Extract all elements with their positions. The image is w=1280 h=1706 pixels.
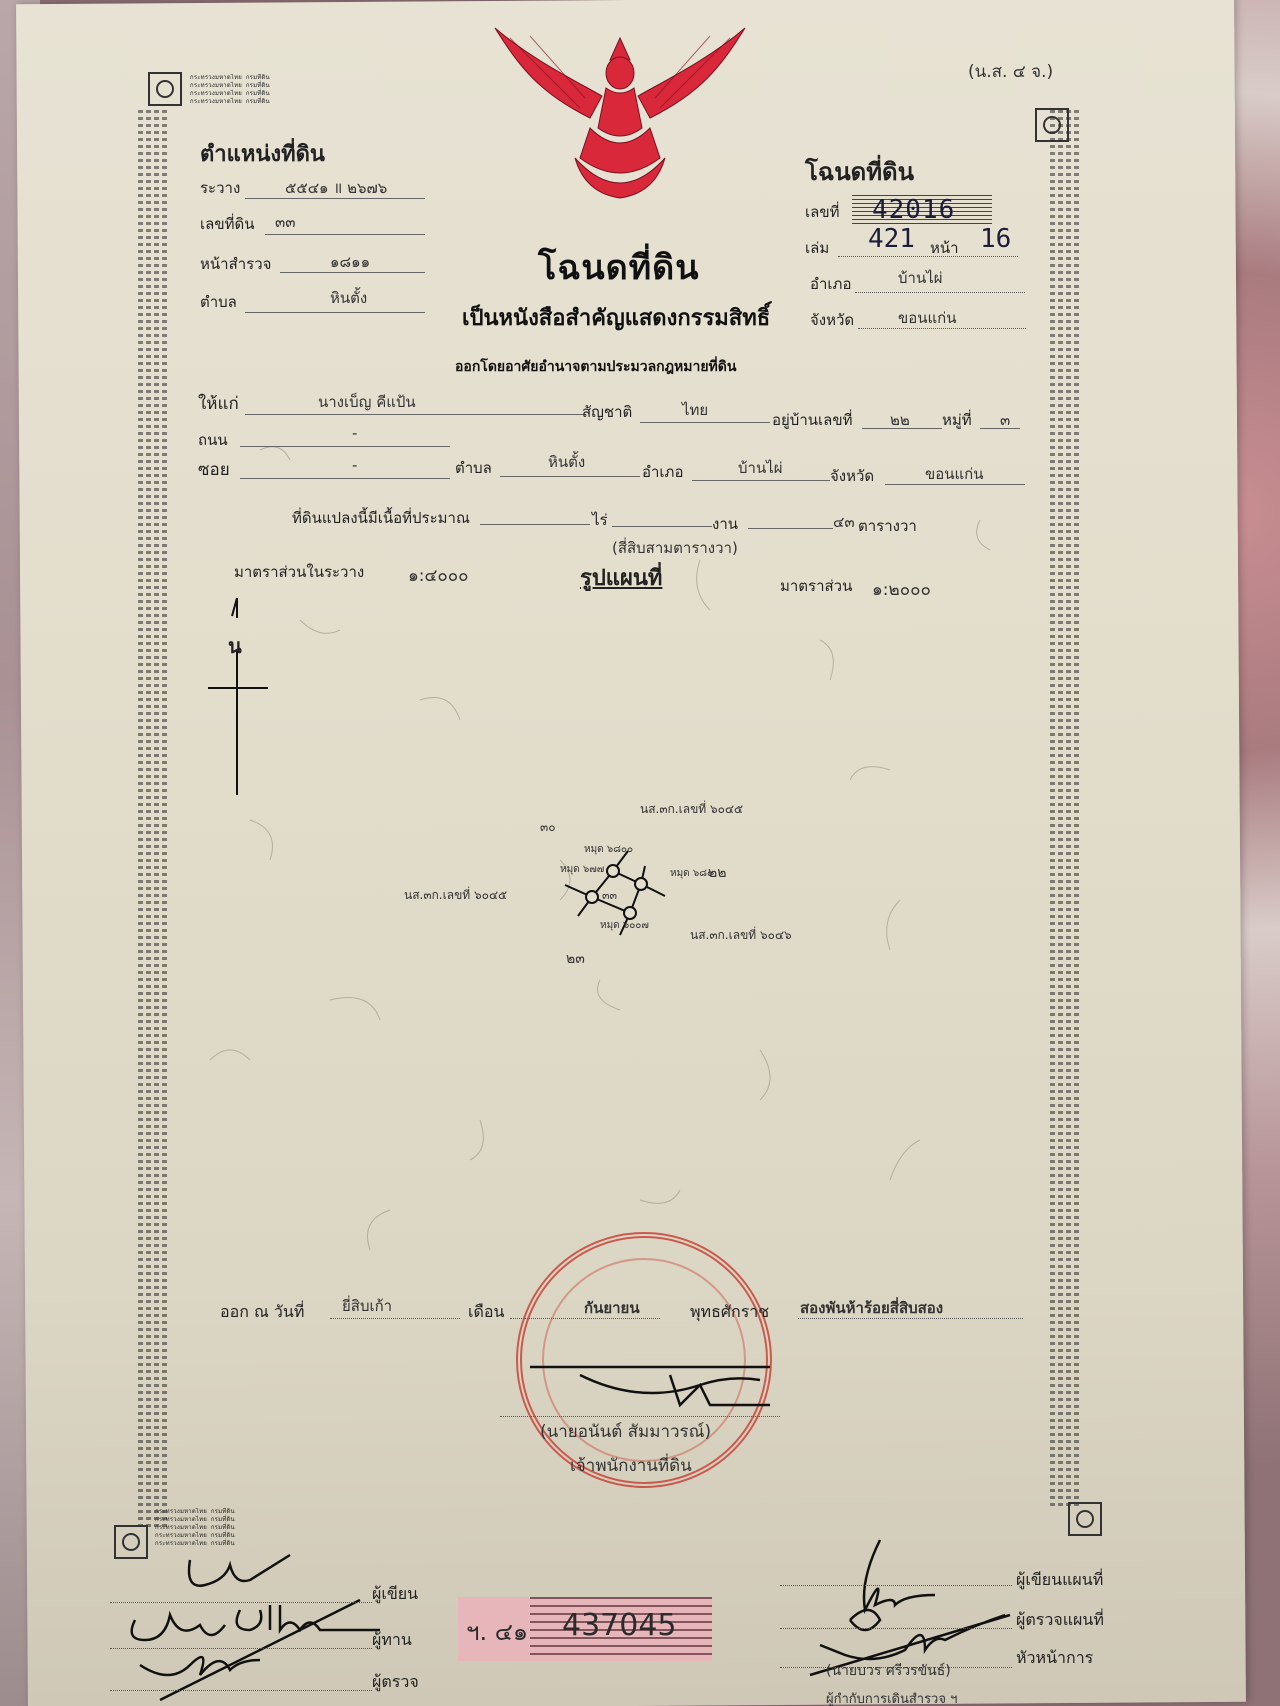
form-code: (น.ส. ๔ จ.): [968, 58, 1053, 85]
map-label-30: ๓๐: [540, 818, 556, 837]
corner-ornament-icon: [1035, 108, 1069, 142]
district-value: บ้านไผ่: [898, 266, 943, 290]
corner-ornament-icon: [1068, 1502, 1102, 1536]
sheet-value: ๕๕๔๑ ॥ ๒๖๗๖: [285, 176, 387, 200]
map-scale-label: มาตราส่วน: [780, 574, 852, 598]
soi-value: -: [352, 456, 357, 474]
area-label: ที่ดินแปลงนี้มีเนื้อที่ประมาณ: [292, 506, 470, 530]
map-label-peg-3: หมุด ๖๘๐: [670, 866, 713, 881]
serial-prefix: ฯ. ๔๑: [466, 1612, 528, 1651]
owner-district-label: อำเภอ: [642, 460, 683, 484]
chief-title: ผู้กำกับการเดินสำรวจ ฯ: [826, 1688, 957, 1706]
land-location-heading: ตำแหน่งที่ดิน: [200, 136, 325, 171]
issue-day: ยี่สิบเก้า: [342, 1294, 392, 1318]
subdistrict-value: หินตั้ง: [330, 286, 367, 310]
left-signatures: [120, 1550, 390, 1706]
issued-by-law: ออกโดยอาศัยอำนาจตามประมวลกฎหมายที่ดิน: [455, 356, 736, 378]
province-label: จังหวัด: [810, 308, 854, 332]
moo-label: หมู่ที่: [942, 408, 972, 432]
land-officer-name: (นายอนันต์ สัมมาวรณ์): [540, 1418, 711, 1445]
survey-page-value: ๑๘๑๑: [330, 250, 370, 274]
parcel-number-label: ๓๓: [602, 886, 617, 904]
serial-number: 437045: [562, 1608, 677, 1643]
buddhist-era-label: พุทธศักราช: [690, 1300, 769, 1325]
rai-label: ไร่: [592, 508, 608, 532]
chief-role-label: หัวหน้าการ: [1016, 1646, 1093, 1671]
writer-role-label: ผู้เขียน: [372, 1582, 418, 1607]
issued-on-label: ออก ณ วันที่: [220, 1300, 304, 1325]
map-label-22: ๒๒: [708, 862, 726, 884]
map-label-north-parcel: นส.๓ก.เลขที่ ๖๐๔๕: [640, 800, 743, 819]
house-number-label: อยู่บ้านเลขที่: [772, 408, 852, 432]
map-title: รูปแผนที่: [580, 560, 662, 595]
month-label: เดือน: [468, 1300, 504, 1325]
owner-subdistrict-label: ตำบล: [455, 456, 492, 480]
nationality-value: ไทย: [682, 398, 708, 422]
deed-number-label: เลขที่: [805, 200, 839, 224]
survey-page-label: หน้าสำรวจ: [200, 252, 271, 276]
sheet-label: ระวาง: [200, 176, 240, 200]
subdistrict-label: ตำบล: [200, 290, 237, 314]
nationality-label: สัญชาติ: [582, 400, 632, 424]
page-value: 16: [980, 224, 1011, 254]
sheet-scale-value: ๑:๔๐๐๐: [408, 562, 469, 589]
map-writer-role-label: ผู้เขียนแผนที่: [1016, 1568, 1103, 1593]
volume-label: เล่ม: [805, 236, 829, 260]
map-label-peg-2: หมุด ๖๗๗: [560, 862, 604, 877]
map-scale-value: ๑:๒๐๐๐: [872, 576, 931, 603]
soi-label: ซอย: [198, 456, 230, 483]
map-label-peg-4: หมุด ๖๐๐๗: [600, 918, 649, 933]
deed-number: 42016: [872, 195, 955, 225]
issue-year: สองพันห้าร้อยสี่สิบสอง: [800, 1296, 943, 1320]
chief-name: (นายบวร ศรีวรขันธ์): [826, 1660, 951, 1682]
subtitle: เป็นหนังสือสำคัญแสดงกรรมสิทธิ์: [462, 300, 770, 335]
north-label: น: [228, 630, 242, 662]
ngan-label: งาน: [712, 512, 738, 536]
microtext-band-left: [138, 110, 170, 1530]
reviewer-role-label: ผู้ทาน: [372, 1628, 412, 1653]
microtext-band-right: [1050, 110, 1082, 1510]
square-wa-label: ตารางวา: [858, 514, 917, 538]
volume-value: 421: [868, 224, 915, 254]
land-number-label: เลขที่ดิน: [200, 212, 254, 236]
map-inspector-role-label: ผู้ตรวจแผนที่: [1016, 1608, 1104, 1633]
owner-province-label: จังหวัด: [830, 464, 874, 488]
right-signatures: [800, 1530, 1040, 1680]
grantee-label: ให้แก่: [198, 390, 239, 417]
corner-ornament-icon: [148, 72, 182, 106]
sheet-scale-label: มาตราส่วนในระวาง: [234, 560, 364, 584]
map-label-west-parcel: นส.๓ก.เลขที่ ๖๐๔๕: [404, 886, 507, 905]
land-officer-signature: [520, 1355, 790, 1415]
deed-heading: โฉนดที่ดิน: [805, 152, 914, 191]
inspector-role-label: ผู้ตรวจ: [372, 1670, 419, 1695]
owner-subdistrict-value: หินตั้ง: [548, 450, 585, 474]
microtext-band-top: กระทรวงมหาดไทย กรมที่ดินกระทรวงมหาดไทย ก…: [190, 74, 1050, 114]
province-value: ขอนแก่น: [898, 306, 957, 330]
north-arrow-icon: [200, 590, 280, 800]
map-label-23: ๒๓: [566, 948, 585, 970]
area-in-words: (สี่สิบสามตารางวา): [612, 536, 738, 560]
main-title: โฉนดที่ดิน: [538, 240, 699, 294]
square-wa-value: ๔๓: [833, 510, 855, 534]
road-label: ถนน: [198, 428, 228, 452]
land-officer-title: เจ้าพนักงานที่ดิน: [570, 1452, 692, 1479]
map-label-peg-1: หมุด ๖๘๐๐: [584, 842, 633, 857]
owner-district-value: บ้านไผ่: [738, 456, 783, 480]
road-value: -: [352, 424, 357, 442]
issue-month: กันยายน: [584, 1296, 640, 1320]
owner-province-value: ขอนแก่น: [925, 462, 984, 486]
district-label: อำเภอ: [810, 272, 851, 296]
land-number-value: ๓๓: [275, 210, 296, 234]
map-label-south-parcel: นส.๓ก.เลขที่ ๖๐๔๖: [690, 926, 792, 945]
owner-name: นางเบ็ญ คีแป้น: [318, 390, 416, 414]
